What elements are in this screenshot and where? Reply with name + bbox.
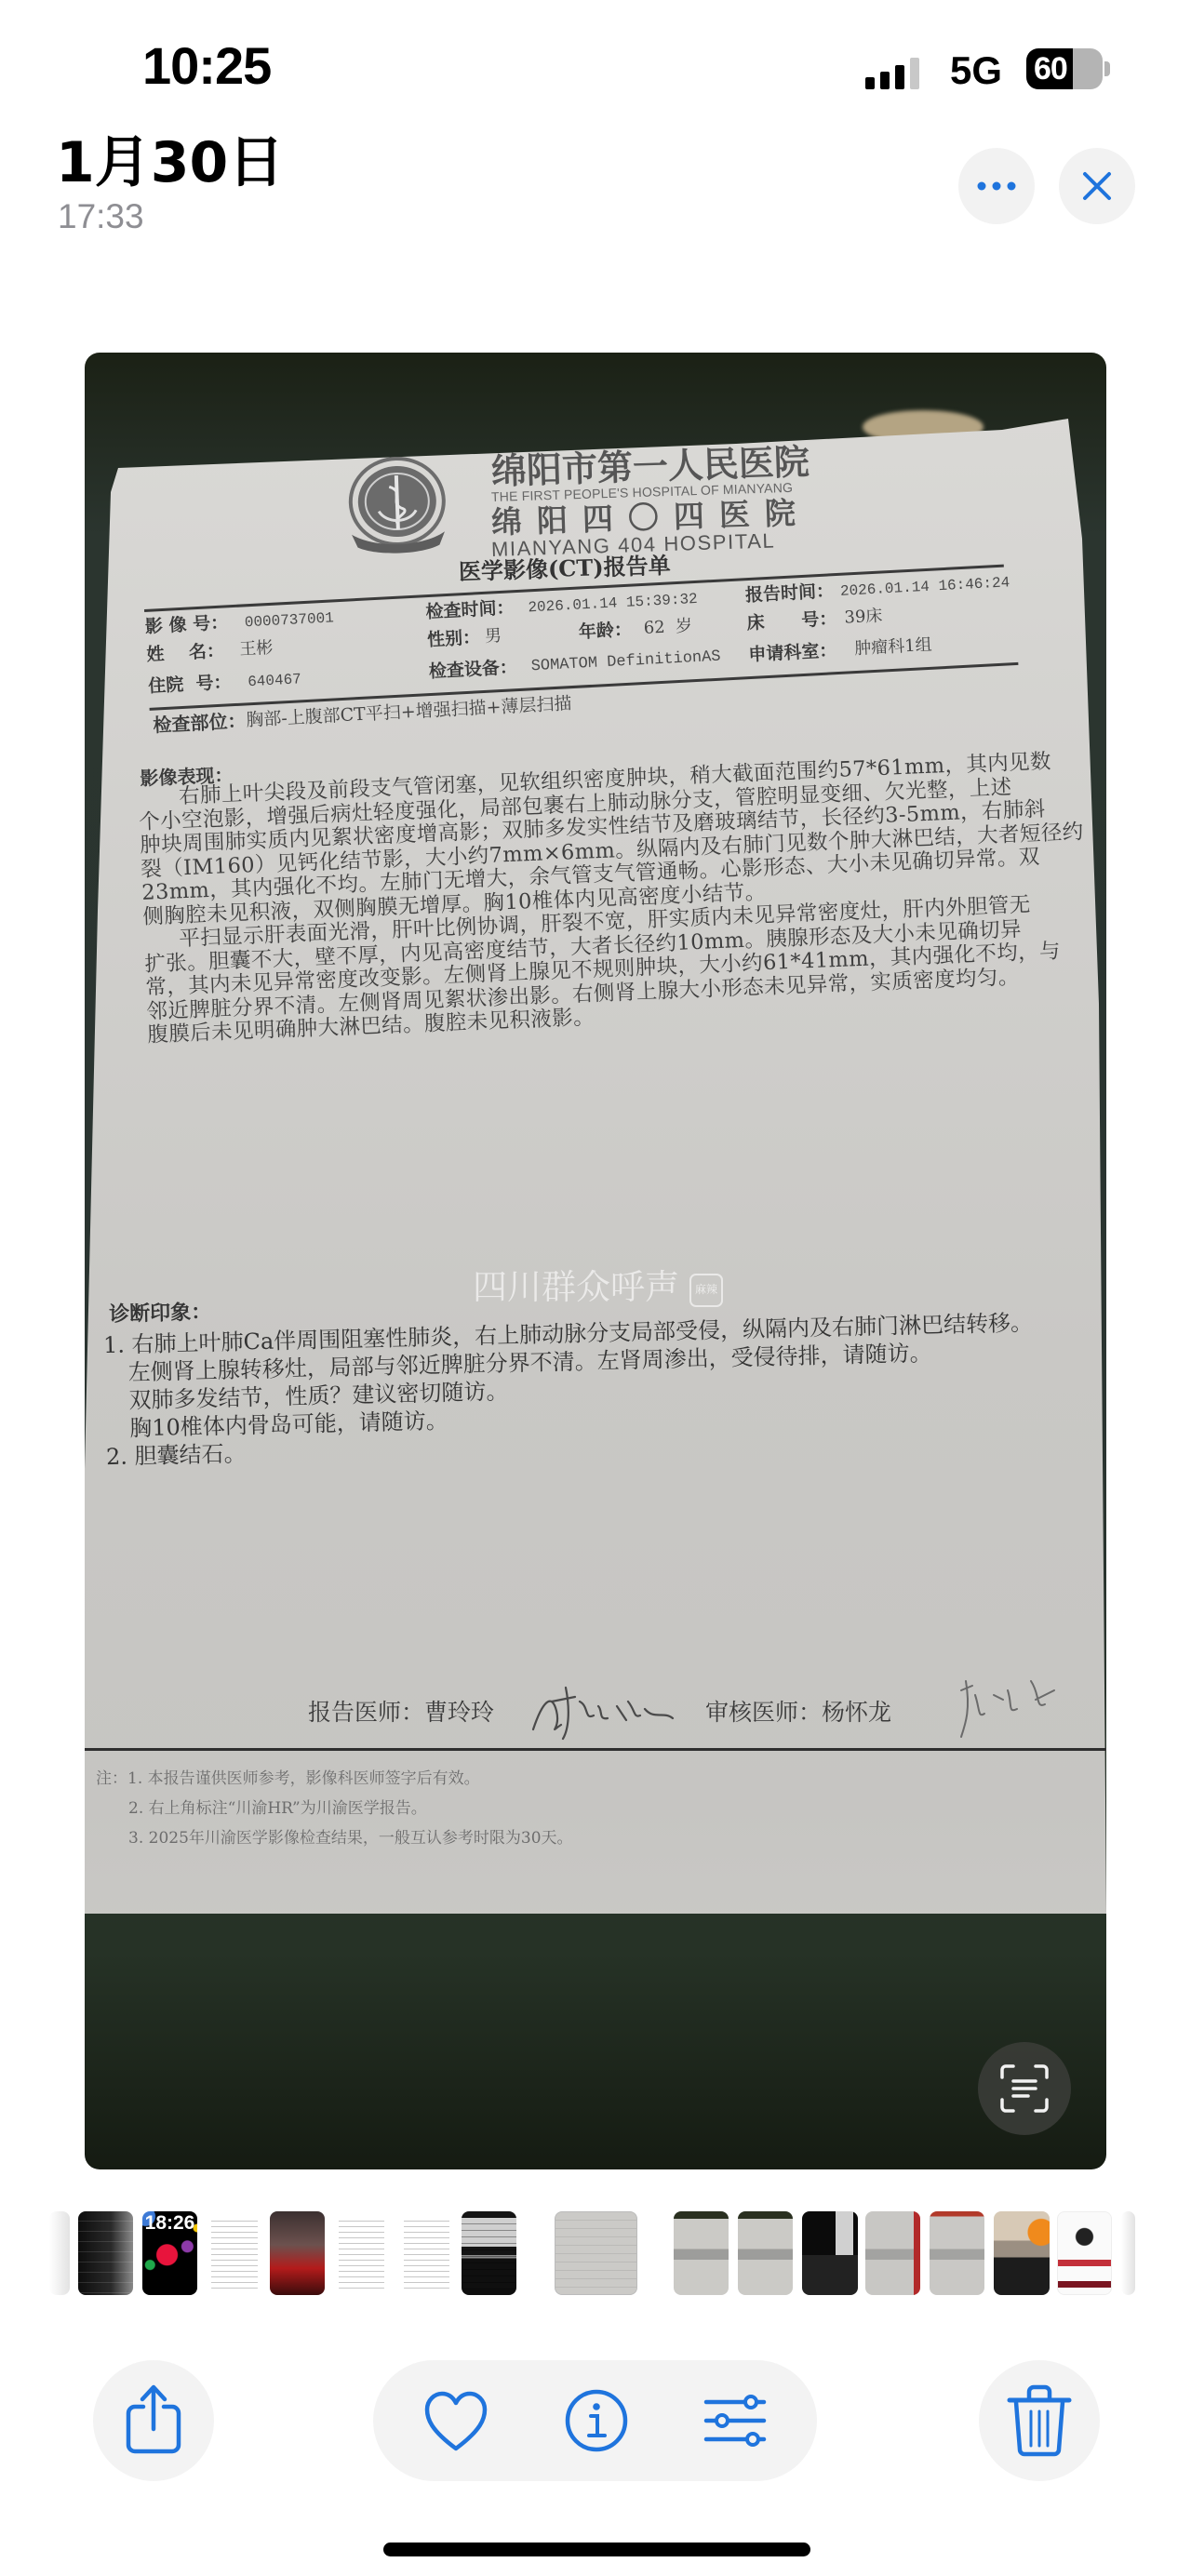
watermark-text: 四川群众呼声 (473, 1269, 679, 1306)
note-line: 3. 2025年川渝医学影像检查结果，一般互认参考时限为30天。 (128, 1829, 573, 1848)
thumbnail[interactable] (334, 2211, 389, 2295)
thumbnail[interactable] (207, 2211, 262, 2295)
reviewer-signature (952, 1672, 1064, 1742)
thumbnail[interactable] (738, 2211, 793, 2295)
inpatient-no-label: 住院 号： (148, 672, 232, 697)
sex-value: 男 (484, 626, 502, 647)
delete-button[interactable] (979, 2360, 1100, 2481)
thumbnail[interactable] (674, 2211, 729, 2295)
impression-line: 2. 胆囊结石。 (106, 1441, 247, 1469)
thumbnail[interactable] (462, 2211, 516, 2295)
thumbnail[interactable] (802, 2211, 858, 2295)
toolbar-icons (373, 2360, 817, 2481)
thumbnail[interactable] (78, 2211, 133, 2295)
reviewing-physician: 审核医师：杨怀龙 (705, 1701, 891, 1725)
bed-value: 39床 (844, 607, 883, 629)
ellipsis-icon (958, 148, 1035, 224)
photo-actions-group (373, 2360, 817, 2481)
thumbnail[interactable]: 18:26 (142, 2211, 197, 2295)
exam-site-label: 检查部位： (153, 710, 247, 735)
network-type: 5G (950, 49, 1002, 92)
reporter-label: 报告医师： (308, 1699, 424, 1726)
battery-level: 60 (1034, 51, 1067, 87)
thumbnail[interactable] (1121, 2211, 1135, 2295)
info-icon[interactable] (568, 2392, 625, 2449)
inpatient-no-value: 640467 (248, 669, 302, 692)
share-button[interactable] (93, 2360, 214, 2481)
thumbnail-lockscreen-time: 18:26 (145, 2212, 195, 2234)
home-indicator[interactable] (383, 2543, 810, 2556)
more-button[interactable] (958, 148, 1035, 224)
battery-nub (1104, 61, 1110, 76)
sex-label: 性别： (427, 627, 481, 650)
thumbnail-selected[interactable] (555, 2211, 637, 2295)
age-label: 年龄： (578, 620, 632, 643)
status-time: 10:25 (142, 38, 271, 94)
hospital-logo-icon (343, 453, 451, 559)
thumbnail[interactable] (994, 2211, 1050, 2295)
live-text-icon (997, 2061, 1052, 2116)
name-label: 姓 名： (146, 641, 225, 665)
close-button[interactable] (1059, 148, 1135, 224)
divider (85, 1748, 1106, 1751)
thumbnail[interactable] (49, 2211, 70, 2295)
reviewer-name: 杨怀龙 (822, 1699, 891, 1726)
reviewer-label: 审核医师： (705, 1699, 822, 1726)
name-value: 王彬 (239, 638, 274, 661)
heart-icon[interactable] (427, 2394, 485, 2449)
photo-viewer-image[interactable]: 绵阳市第一人民医院 THE FIRST PEOPLE'S HOSPITAL OF… (85, 353, 1106, 2169)
reporting-physician: 报告医师：曹玲玲 (308, 1701, 494, 1725)
thumbnail[interactable] (270, 2211, 325, 2295)
reporter-name: 曹玲玲 (424, 1699, 494, 1726)
department-value: 肿瘤科1组 (854, 635, 932, 660)
watermark-badge: 麻辣 (689, 1274, 723, 1307)
photo-date-title: 1月30日 (56, 133, 284, 193)
thumbnail[interactable] (865, 2211, 920, 2295)
share-icon (93, 2360, 214, 2481)
battery-icon: 60 (1026, 48, 1103, 89)
age-value: 62 岁 (643, 616, 692, 639)
cellular-signal-icon (865, 56, 923, 89)
note-line: 注：1. 本报告谨供医师参考，影像科医师签字后有效。 (96, 1769, 480, 1788)
sliders-icon[interactable] (706, 2396, 764, 2445)
thumbnail[interactable] (1057, 2211, 1112, 2295)
reporter-signature (524, 1683, 687, 1741)
live-text-button[interactable] (978, 2042, 1071, 2135)
trash-icon (979, 2360, 1100, 2481)
thumbnail[interactable] (399, 2211, 454, 2295)
thumbnail[interactable] (930, 2211, 984, 2295)
image-no-label: 影 像 号： (144, 612, 228, 637)
close-icon (1059, 148, 1135, 224)
impression-heading: 诊断印象： (109, 1301, 212, 1327)
note-line: 2. 右上角标注“川渝HR”为川渝医学报告。 (128, 1799, 427, 1818)
photo-time-subtitle: 17:33 (58, 198, 144, 235)
